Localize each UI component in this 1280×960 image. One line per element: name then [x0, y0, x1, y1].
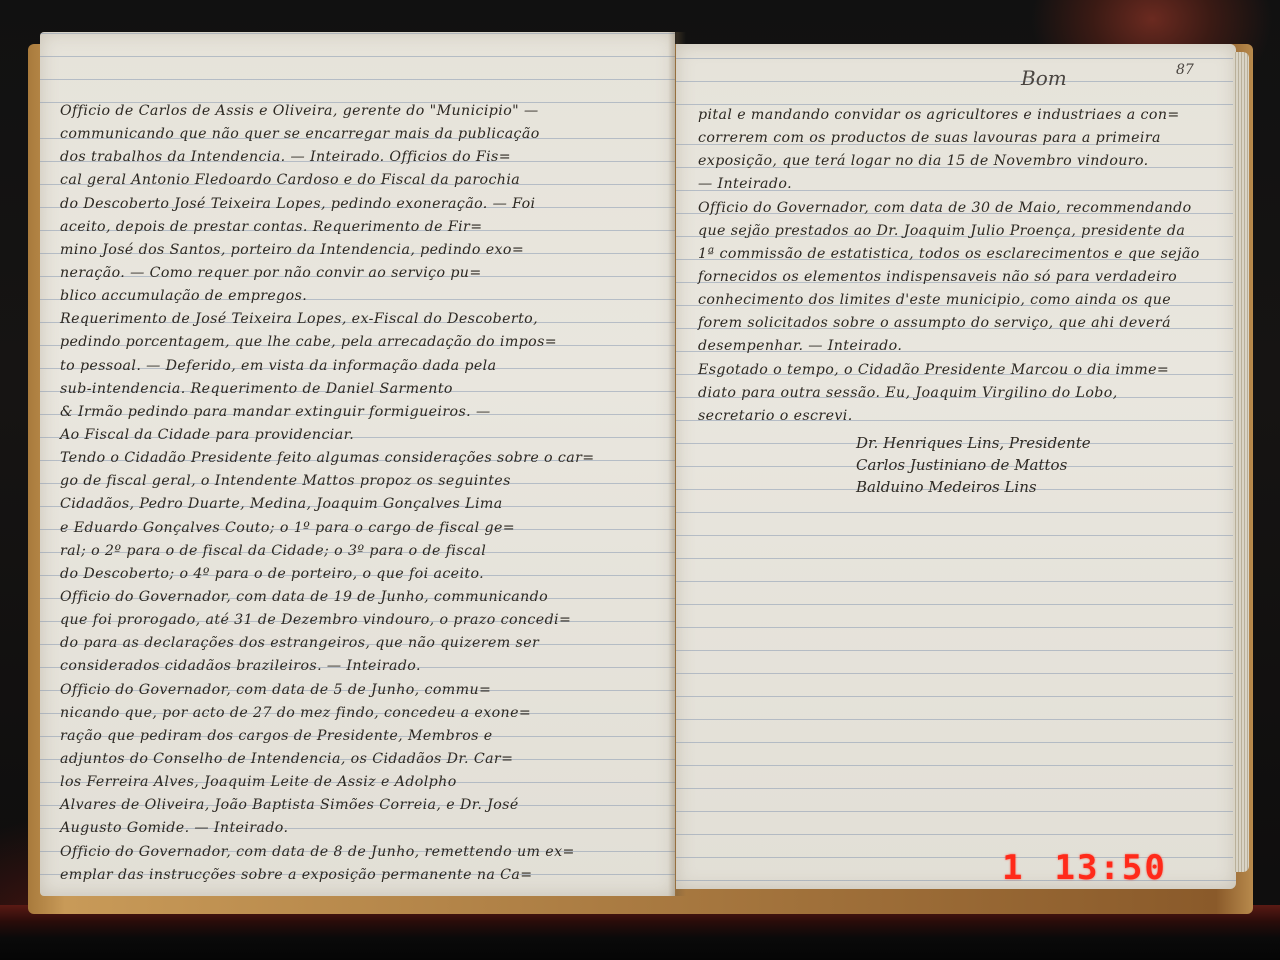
text-line: communicando que não quer se encarregar … — [60, 123, 595, 146]
page-number: 87 — [1176, 62, 1194, 78]
text-line: Augusto Gomide. — Inteirado. — [60, 817, 595, 840]
open-ledger-book: Officio de Carlos de Assis e Oliveira, g… — [28, 30, 1253, 910]
text-line: Officio do Governador, com data de 5 de … — [60, 679, 595, 702]
text-line: adjuntos do Conselho de Intendencia, os … — [60, 748, 595, 771]
text-line: desempenhar. — Inteirado. — [698, 335, 1200, 358]
text-line: go de fiscal geral, o Intendente Mattos … — [60, 470, 595, 493]
text-line: Ao Fiscal da Cidade para providenciar. — [60, 424, 595, 447]
text-line: to pessoal. — Deferido, em vista da info… — [60, 355, 595, 378]
text-line: Officio de Carlos de Assis e Oliveira, g… — [60, 100, 595, 123]
text-line: Officio do Governador, com data de 30 de… — [698, 197, 1200, 220]
signature: Carlos Justiniano de Mattos — [856, 454, 1091, 476]
text-line: & Irmão pedindo para mandar extinguir fo… — [60, 401, 595, 424]
page-header-mark: Bom — [1021, 66, 1067, 90]
text-line: do Descoberto José Teixeira Lopes, pedin… — [60, 193, 595, 216]
text-line: nicando que, por acto de 27 do mez findo… — [60, 702, 595, 725]
text-line: conhecimento dos limites d'este municipi… — [698, 289, 1200, 312]
camera-date-stamp: 113:50 — [1002, 848, 1167, 888]
right-page-text: pital e mandando convidar os agricultore… — [698, 104, 1200, 428]
text-line: do Descoberto; o 4º para o de porteiro, … — [60, 563, 595, 586]
text-line: que sejão prestados ao Dr. Joaquim Julio… — [698, 220, 1200, 243]
text-line: que foi prorogado, até 31 de Dezembro vi… — [60, 609, 595, 632]
text-line: aceito, depois de prestar contas. Requer… — [60, 216, 595, 239]
stamp-day: 1 — [1002, 848, 1024, 888]
text-line: ral; o 2º para o de fiscal da Cidade; o … — [60, 540, 595, 563]
text-line: Officio do Governador, com data de 8 de … — [60, 841, 595, 864]
text-line: blico accumulação de empregos. — [60, 285, 595, 308]
text-line: sub-intendencia. Requerimento de Daniel … — [60, 378, 595, 401]
text-line: ração que pediram dos cargos de Presiden… — [60, 725, 595, 748]
text-line: Officio do Governador, com data de 19 de… — [60, 586, 595, 609]
signature-block: Dr. Henriques Lins, Presidente Carlos Ju… — [856, 432, 1091, 498]
text-line: forem solicitados sobre o assumpto do se… — [698, 312, 1200, 335]
right-page: Bom 87 pital e mandando convidar os agri… — [676, 44, 1236, 889]
text-line: pital e mandando convidar os agricultore… — [698, 104, 1200, 127]
text-line: exposição, que terá logar no dia 15 de N… — [698, 150, 1200, 173]
page-edges — [1233, 52, 1249, 872]
text-line: diato para outra sessão. Eu, Joaquim Vir… — [698, 382, 1200, 405]
text-line: 1ª commissão de estatistica, todos os es… — [698, 243, 1200, 266]
text-line: Cidadãos, Pedro Duarte, Medina, Joaquim … — [60, 493, 595, 516]
text-line: Tendo o Cidadão Presidente feito algumas… — [60, 447, 595, 470]
text-line: mino José dos Santos, porteiro da Intend… — [60, 239, 595, 262]
text-line: considerados cidadãos brazileiros. — Int… — [60, 655, 595, 678]
text-line: Esgotado o tempo, o Cidadão Presidente M… — [698, 359, 1200, 382]
text-line: emplar das instrucções sobre a exposição… — [60, 864, 595, 887]
text-line: fornecidos os elementos indispensaveis n… — [698, 266, 1200, 289]
text-line: correrem com os productos de suas lavour… — [698, 127, 1200, 150]
text-line: neração. — Como requer por não convir ao… — [60, 262, 595, 285]
text-line: Requerimento de José Teixeira Lopes, ex-… — [60, 308, 595, 331]
stamp-time: 13:50 — [1054, 848, 1166, 888]
text-line: do para as declarações dos estrangeiros,… — [60, 632, 595, 655]
text-line: dos trabalhos da Intendencia. — Inteirad… — [60, 146, 595, 169]
text-line: — Inteirado. — [698, 173, 1200, 196]
signature: Dr. Henriques Lins, Presidente — [856, 432, 1091, 454]
text-line: secretario o escrevi. — [698, 405, 1200, 428]
left-page-text: Officio de Carlos de Assis e Oliveira, g… — [60, 100, 595, 887]
left-page: Officio de Carlos de Assis e Oliveira, g… — [40, 32, 675, 896]
signature: Balduino Medeiros Lins — [856, 476, 1091, 498]
text-line: cal geral Antonio Fledoardo Cardoso e do… — [60, 169, 595, 192]
text-line: e Eduardo Gonçalves Couto; o 1º para o c… — [60, 517, 595, 540]
text-line: pedindo porcentagem, que lhe cabe, pela … — [60, 331, 595, 354]
text-line: los Ferreira Alves, Joaquim Leite de Ass… — [60, 771, 595, 794]
text-line: Alvares de Oliveira, João Baptista Simõe… — [60, 794, 595, 817]
